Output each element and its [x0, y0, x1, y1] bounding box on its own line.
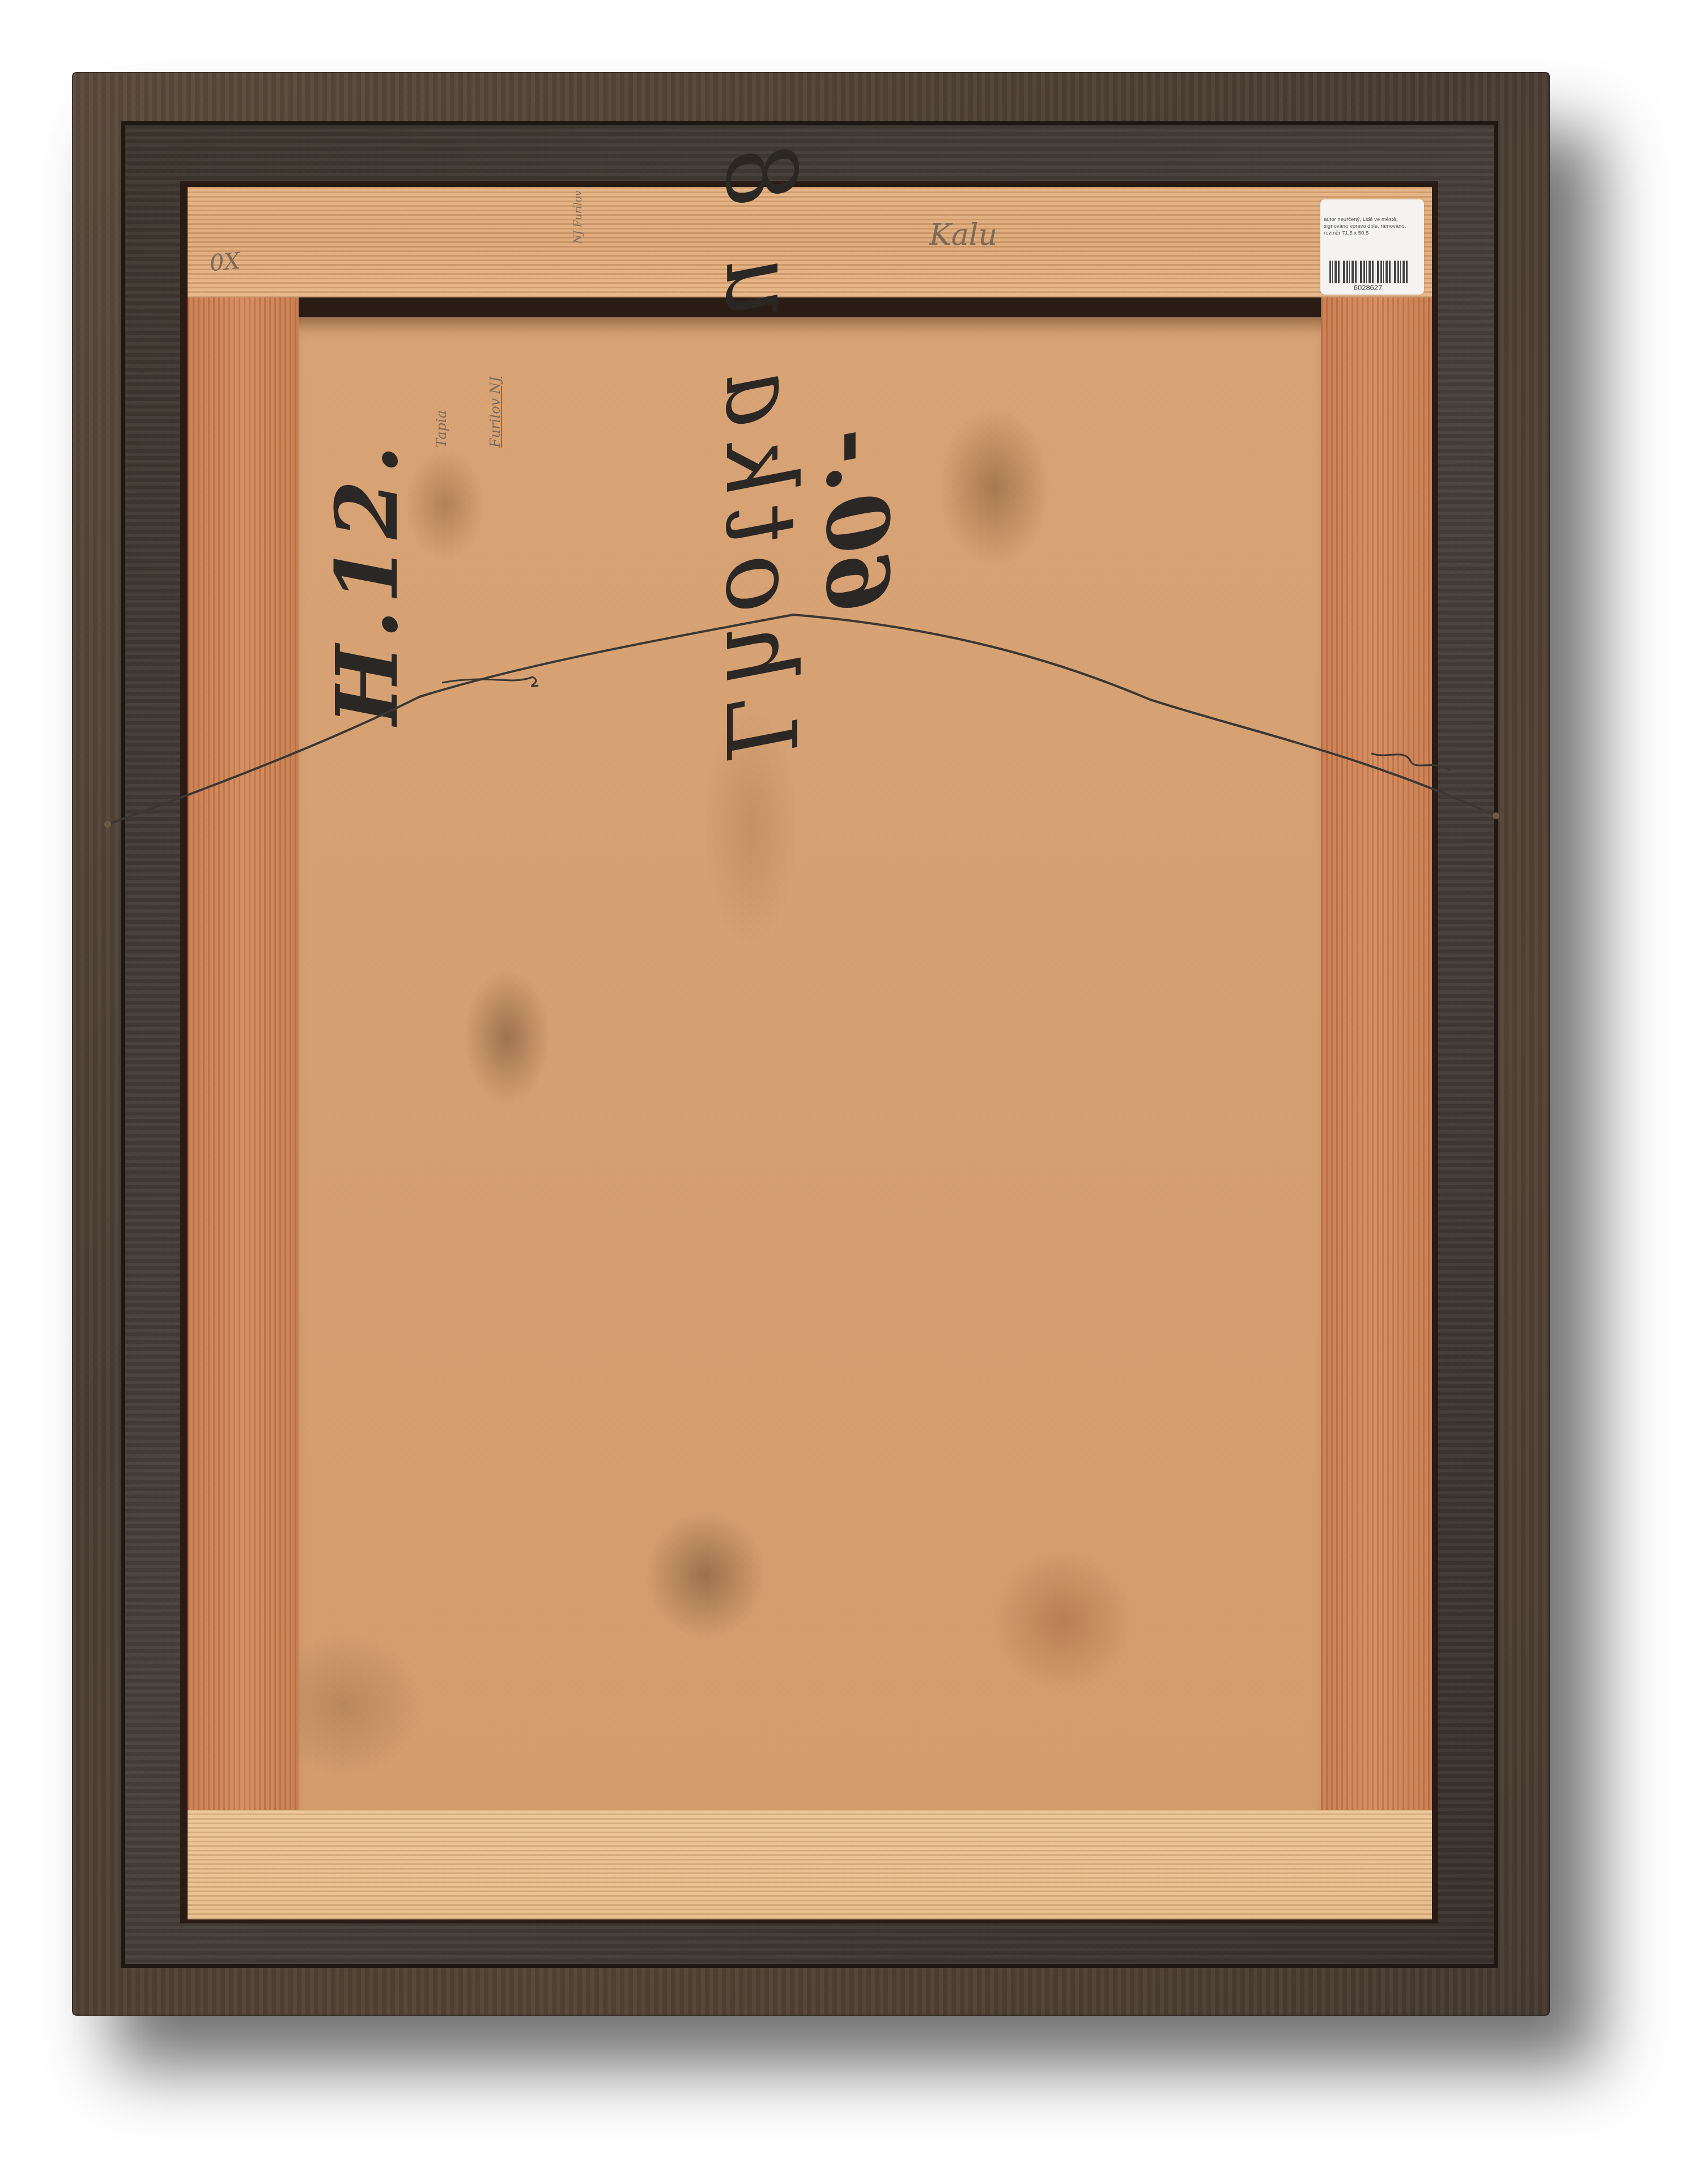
brush-inscription-h12: H.12. — [317, 439, 417, 725]
label-description: autor neurčený, Lidé ve městě, signováno… — [1324, 216, 1420, 237]
brush-inscription-60: 60.- — [807, 429, 907, 612]
stretcher-bottom — [188, 1810, 1432, 1919]
pencil-mark-kalu: Kalu — [929, 218, 997, 252]
inventory-label: autor neurčený, Lidé ve městě, signováno… — [1320, 199, 1424, 295]
barcode-icon — [1329, 261, 1408, 283]
stretcher-right — [1321, 297, 1432, 1810]
brush-inscription-script: Lhotka u 8 — [704, 134, 816, 759]
pencil-note-rotated: NJ Furilov — [572, 190, 584, 244]
stretcher-left — [188, 297, 299, 1810]
pencil-note-line1: Tapia — [433, 410, 449, 448]
pencil-note-line2: Furilov NJ — [487, 377, 503, 448]
label-barcode-number: 6028627 — [1320, 283, 1416, 292]
pencil-mark-0x: 0X — [209, 248, 241, 277]
